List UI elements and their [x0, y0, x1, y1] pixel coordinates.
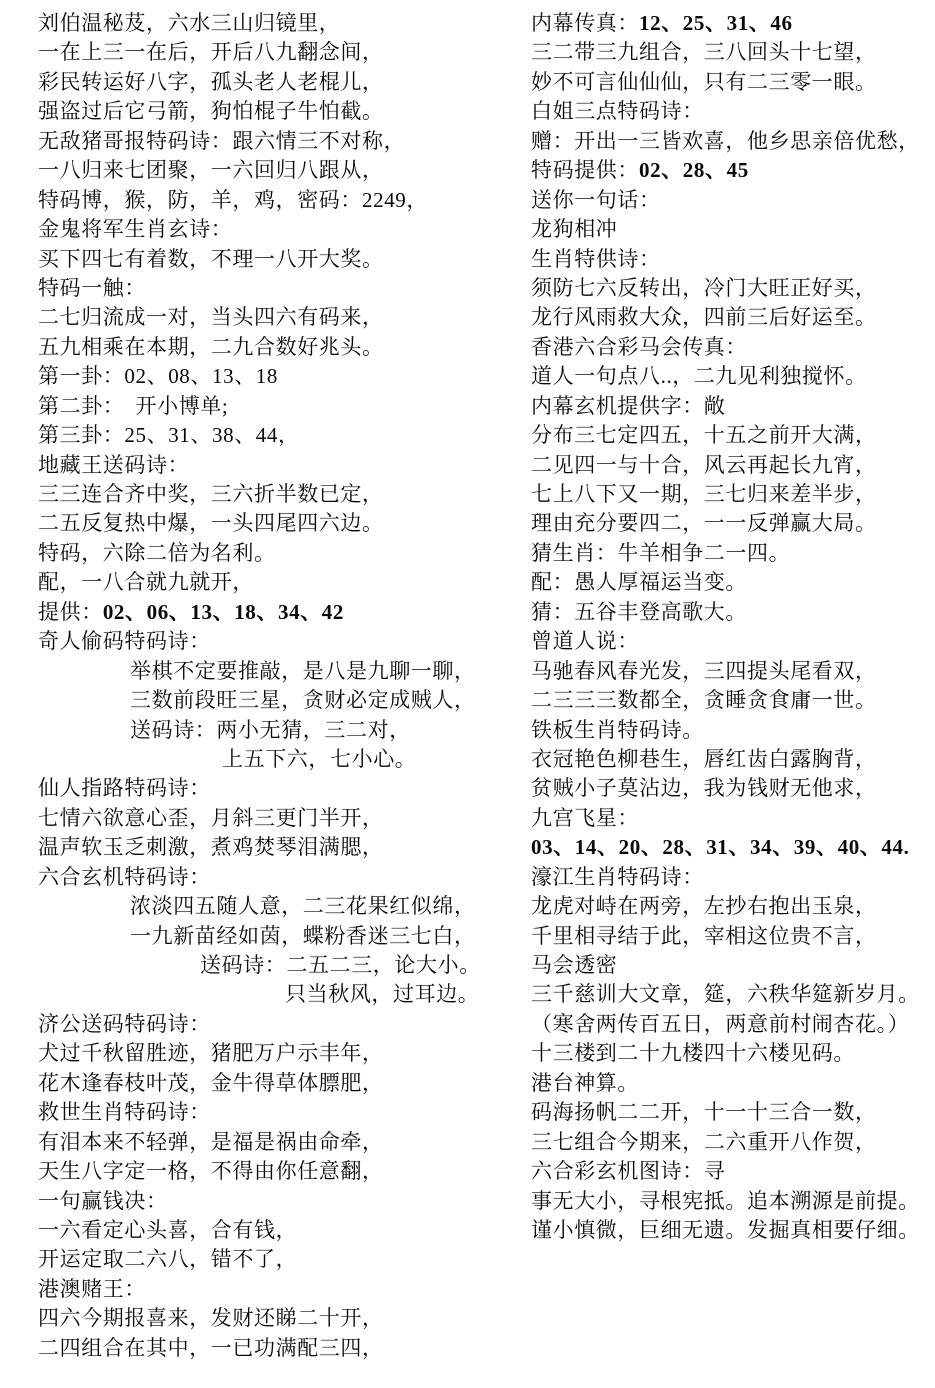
text-segment: 开运定取二六八，错不了，	[38, 1247, 297, 1271]
text-line: 三七组合今期来，二六重开八作贺，	[531, 1128, 931, 1157]
text-segment: 九宫飞星：	[531, 806, 639, 830]
text-line: 九宫飞星：	[531, 804, 931, 833]
text-line: 龙行风雨救大众，四前三后好运至。	[531, 303, 931, 332]
text-segment: 彩民转运好八字，孤头老人老棍儿，	[38, 70, 384, 94]
text-line: 道人一句点八..，二九见利独搅怀。	[531, 362, 931, 391]
text-segment: 分布三七定四五，十五之前开大满，	[531, 423, 877, 447]
text-segment: 送码诗：二五二三，论大小。	[200, 953, 481, 977]
text-line: 只当秋风，过耳边。	[38, 980, 513, 1009]
text-segment: 龙虎对峙在两旁，左抄右抱出玉泉，	[531, 894, 877, 918]
text-segment: 港澳赌王：	[38, 1277, 146, 1301]
text-line: 犬过千秋留胜迹，猪肥万户示丰年，	[38, 1039, 513, 1068]
text-segment: 刘伯温秘芨，六水三山归镜里，	[38, 11, 340, 35]
text-segment: 码海扬帆二二开，十一十三合一数，	[531, 1100, 877, 1124]
text-segment: 仙人指路特码诗：	[38, 776, 211, 800]
text-line: 铁板生肖特码诗。	[531, 716, 931, 745]
text-line: 理由充分要四二，一一反弹赢大局。	[531, 509, 931, 538]
text-line: 彩民转运好八字，孤头老人老棍儿，	[38, 68, 513, 97]
text-segment: 三数前段旺三星，贪财必定成贼人，	[130, 688, 476, 712]
text-segment: 三千慈训大文章，筵，六秩华筵新岁月。	[531, 982, 920, 1006]
text-line: 千里相寻结于此，宰相这位贵不言，	[531, 922, 931, 951]
text-segment: 十三楼到二十九楼四十六楼见码。	[531, 1041, 855, 1065]
text-segment: 七情六欲意心歪，月斜三更门半开，	[38, 806, 384, 830]
right-text-column: 内幕传真：12、25、31、46三二带三九组合，三八回头十七望，妙不可言仙仙仙，…	[531, 9, 931, 1245]
text-line: 一九新苗经如茵，蝶粉香迷三七白，	[38, 922, 513, 951]
text-line: （寒舍两传百五日，两意前村闹杏花。）	[531, 1010, 931, 1039]
text-segment: 千里相寻结于此，宰相这位贵不言，	[531, 924, 877, 948]
left-text-column: 刘伯温秘芨，六水三山归镜里，一在上三一在后，开后八九翻念间，彩民转运好八字，孤头…	[38, 9, 513, 1363]
bold-number-segment: 02、06、13、18、34、42	[103, 600, 344, 624]
text-line: 天生八字定一格，不得由你任意翻，	[38, 1157, 513, 1186]
text-segment: 特码博，猴，防，羊，鸡，密码：2249，	[38, 188, 428, 212]
text-line: 强盗过后它弓箭，狗怕棍子牛怕截。	[38, 97, 513, 126]
text-line: 赠：开出一三皆欢喜，他乡思亲倍优愁，	[531, 127, 931, 156]
text-line: 二四组合在其中，一已功满配三四，	[38, 1334, 513, 1363]
text-segment: 须防七六反转出，冷门大旺正好买，	[531, 276, 877, 300]
text-line: 内幕传真：12、25、31、46	[531, 9, 931, 38]
text-line: 浓淡四五随人意，二三花果红似绵，	[38, 892, 513, 921]
text-line: 特码提供：02、28、45	[531, 156, 931, 185]
text-line: 有泪本来不轻弹，是福是祸由命牵，	[38, 1128, 513, 1157]
text-segment: 铁板生肖特码诗。	[531, 718, 704, 742]
text-segment: 道人一句点八..，二九见利独搅怀。	[531, 364, 867, 388]
text-segment: 第一卦：02、08、13、18	[38, 364, 278, 388]
text-segment: 提供：	[38, 600, 103, 624]
text-segment: 犬过千秋留胜迹，猪肥万户示丰年，	[38, 1041, 384, 1065]
text-segment: 猜：五谷丰登高歌大。	[531, 600, 747, 624]
text-segment: 只当秋风，过耳边。	[285, 982, 479, 1006]
text-line: 配，一八合就九就开，	[38, 568, 513, 597]
text-line: 送码诗：两小无猜，三二对，	[38, 716, 513, 745]
text-segment: 二三三三数都全，贪睡贪食庸一世。	[531, 688, 877, 712]
text-segment: 天生八字定一格，不得由你任意翻，	[38, 1159, 384, 1183]
text-segment: 特码一触：	[38, 276, 146, 300]
text-segment: 第二卦： 开小博单;	[38, 394, 228, 418]
text-line: 内幕玄机提供字：敞	[531, 392, 931, 421]
text-segment: 事无大小，寻根宪抵。追本溯源是前提。	[531, 1189, 920, 1213]
text-line: 贫贼小子莫沾边，我为钱财无他求，	[531, 774, 931, 803]
text-line: 七情六欲意心歪，月斜三更门半开，	[38, 804, 513, 833]
text-segment: 二见四一与十合，风云再起长九宵，	[531, 453, 877, 477]
text-line: 十三楼到二十九楼四十六楼见码。	[531, 1039, 931, 1068]
text-segment: 港台神算。	[531, 1071, 639, 1095]
text-line: 无敌猪哥报特码诗：跟六情三不对称，	[38, 127, 513, 156]
text-line: 港台神算。	[531, 1069, 931, 1098]
text-segment: 濠江生肖特码诗：	[531, 865, 704, 889]
text-line: 妙不可言仙仙仙，只有二三零一眼。	[531, 68, 931, 97]
text-segment: 龙狗相冲	[531, 217, 617, 241]
text-segment: 龙行风雨救大众，四前三后好运至。	[531, 305, 877, 329]
text-line: 六合玄机特码诗：	[38, 863, 513, 892]
text-line: 03、14、20、28、31、34、39、40、44.	[531, 833, 931, 862]
text-line: 买下四七有着数，不理一八开大奖。	[38, 245, 513, 274]
text-segment: 白姐三点特码诗：	[531, 99, 704, 123]
text-segment: 妙不可言仙仙仙，只有二三零一眼。	[531, 70, 877, 94]
text-line: 救世生肖特码诗：	[38, 1098, 513, 1127]
text-line: 曾道人说：	[531, 627, 931, 656]
text-segment: 一在上三一在后，开后八九翻念间，	[38, 40, 384, 64]
text-segment: 无敌猪哥报特码诗：跟六情三不对称，	[38, 129, 405, 153]
text-segment: 六合彩玄机图诗：寻	[531, 1159, 725, 1183]
text-segment: 二五反复热中爆，一头四尾四六边。	[38, 511, 384, 535]
bold-number-segment: 02、28、45	[639, 158, 749, 182]
text-line: 三二带三九组合，三八回头十七望，	[531, 38, 931, 67]
text-line: 举棋不定要推敲，是八是九聊一聊，	[38, 657, 513, 686]
text-line: 提供：02、06、13、18、34、42	[38, 598, 513, 627]
text-line: 奇人偷码特码诗：	[38, 627, 513, 656]
text-segment: 第三卦：25、31、38、44，	[38, 423, 300, 447]
text-segment: 一六看定心头喜，合有钱，	[38, 1218, 297, 1242]
bold-number-segment: 03、14、20、28、31、34、39、40、44.	[531, 835, 909, 859]
text-line: 事无大小，寻根宪抵。追本溯源是前提。	[531, 1187, 931, 1216]
text-segment: 三七组合今期来，二六重开八作贺，	[531, 1130, 877, 1154]
text-segment: 二七归流成一对，当头四六有码来，	[38, 305, 384, 329]
text-line: 龙狗相冲	[531, 215, 931, 244]
text-segment: 济公送码特码诗：	[38, 1012, 211, 1036]
text-line: 三三连合齐中奖，三六折半数已定，	[38, 480, 513, 509]
text-segment: 三二带三九组合，三八回头十七望，	[531, 40, 877, 64]
text-segment: 上五下六，七小心。	[222, 747, 416, 771]
text-line: 须防七六反转出，冷门大旺正好买，	[531, 274, 931, 303]
text-line: 三数前段旺三星，贪财必定成贼人，	[38, 686, 513, 715]
text-segment: 奇人偷码特码诗：	[38, 629, 211, 653]
text-line: 地藏王送码诗：	[38, 451, 513, 480]
text-segment: 内幕玄机提供字：敞	[531, 394, 725, 418]
text-segment: 救世生肖特码诗：	[38, 1100, 211, 1124]
text-segment: 有泪本来不轻弹，是福是祸由命牵，	[38, 1130, 384, 1154]
text-segment: 谨小慎微，巨细无遗。发掘真相要仔细。	[531, 1218, 920, 1242]
text-line: 特码一触：	[38, 274, 513, 303]
text-segment: 特码提供：	[531, 158, 639, 182]
text-segment: 五九相乘在本期，二九合数好兆头。	[38, 335, 384, 359]
text-line: 马会透密	[531, 951, 931, 980]
text-segment: 强盗过后它弓箭，狗怕棍子牛怕截。	[38, 99, 384, 123]
text-line: 猜：五谷丰登高歌大。	[531, 598, 931, 627]
text-segment: 贫贼小子莫沾边，我为钱财无他求，	[531, 776, 877, 800]
text-line: 二七归流成一对，当头四六有码来，	[38, 303, 513, 332]
text-segment: 内幕传真：	[531, 11, 639, 35]
text-line: 生肖特供诗：	[531, 245, 931, 274]
text-segment: 一九新苗经如茵，蝶粉香迷三七白，	[130, 924, 476, 948]
text-line: 特码博，猴，防，羊，鸡，密码：2249，	[38, 186, 513, 215]
text-line: 一在上三一在后，开后八九翻念间，	[38, 38, 513, 67]
text-line: 白姐三点特码诗：	[531, 97, 931, 126]
text-segment: 配：愚人厚福运当变。	[531, 570, 747, 594]
text-line: 二见四一与十合，风云再起长九宵，	[531, 451, 931, 480]
text-segment: 浓淡四五随人意，二三花果红似绵，	[130, 894, 476, 918]
document-page: 刘伯温秘芨，六水三山归镜里，一在上三一在后，开后八九翻念间，彩民转运好八字，孤头…	[0, 0, 935, 1388]
text-line: 一句赢钱决：	[38, 1187, 513, 1216]
text-line: 一八归来七团聚，一六回归八跟从，	[38, 156, 513, 185]
text-line: 濠江生肖特码诗：	[531, 863, 931, 892]
text-segment: 花木逢春枝叶茂，金牛得草体膘肥，	[38, 1071, 384, 1095]
text-line: 配：愚人厚福运当变。	[531, 568, 931, 597]
text-segment: 赠：开出一三皆欢喜，他乡思亲倍优愁，	[531, 129, 920, 153]
text-line: 二五反复热中爆，一头四尾四六边。	[38, 509, 513, 538]
text-segment: 三三连合齐中奖，三六折半数已定，	[38, 482, 384, 506]
text-line: 三千慈训大文章，筵，六秩华筵新岁月。	[531, 980, 931, 1009]
text-line: 送码诗：二五二三，论大小。	[38, 951, 513, 980]
text-segment: 理由充分要四二，一一反弹赢大局。	[531, 511, 877, 535]
text-line: 七上八下又一期，三七归来差半步，	[531, 480, 931, 509]
text-line: 码海扬帆二二开，十一十三合一数，	[531, 1098, 931, 1127]
text-segment: 地藏王送码诗：	[38, 453, 189, 477]
text-line: 六合彩玄机图诗：寻	[531, 1157, 931, 1186]
text-segment: 买下四七有着数，不理一八开大奖。	[38, 247, 384, 271]
text-segment: 生肖特供诗：	[531, 247, 661, 271]
text-line: 分布三七定四五，十五之前开大满，	[531, 421, 931, 450]
text-segment: 七上八下又一期，三七归来差半步，	[531, 482, 877, 506]
text-segment: 二四组合在其中，一已功满配三四，	[38, 1336, 384, 1360]
text-line: 特码，六除二倍为名利。	[38, 539, 513, 568]
text-segment: 金鬼将军生肖玄诗：	[38, 217, 232, 241]
text-segment: 六合玄机特码诗：	[38, 865, 211, 889]
text-segment: 四六今期报喜来，发财还睇二十开，	[38, 1306, 384, 1330]
text-segment: 马会透密	[531, 953, 617, 977]
text-line: 济公送码特码诗：	[38, 1010, 513, 1039]
text-line: 花木逢春枝叶茂，金牛得草体膘肥，	[38, 1069, 513, 1098]
bold-number-segment: 12、25、31、46	[639, 11, 793, 35]
text-segment: 举棋不定要推敲，是八是九聊一聊，	[130, 659, 476, 683]
text-line: 一六看定心头喜，合有钱，	[38, 1216, 513, 1245]
text-line: 衣冠艳色柳巷生，唇红齿白露胸背，	[531, 745, 931, 774]
text-line: 上五下六，七小心。	[38, 745, 513, 774]
text-line: 五九相乘在本期，二九合数好兆头。	[38, 333, 513, 362]
text-line: 第二卦： 开小博单;	[38, 392, 513, 421]
text-segment: 一句赢钱决：	[38, 1189, 168, 1213]
text-line: 送你一句话：	[531, 186, 931, 215]
text-segment: 曾道人说：	[531, 629, 639, 653]
text-segment: 衣冠艳色柳巷生，唇红齿白露胸背，	[531, 747, 877, 771]
text-line: 第一卦：02、08、13、18	[38, 362, 513, 391]
text-segment: 特码，六除二倍为名利。	[38, 541, 276, 565]
text-segment: 香港六合彩马会传真：	[531, 335, 747, 359]
text-line: 第三卦：25、31、38、44，	[38, 421, 513, 450]
text-line: 开运定取二六八，错不了，	[38, 1245, 513, 1274]
text-segment: （寒舍两传百五日，两意前村闹杏花。）	[531, 1012, 909, 1036]
text-line: 仙人指路特码诗：	[38, 774, 513, 803]
text-segment: 一八归来七团聚，一六回归八跟从，	[38, 158, 384, 182]
text-line: 二三三三数都全，贪睡贪食庸一世。	[531, 686, 931, 715]
text-line: 港澳赌王：	[38, 1275, 513, 1304]
text-line: 金鬼将军生肖玄诗：	[38, 215, 513, 244]
text-segment: 配，一八合就九就开，	[38, 570, 254, 594]
text-segment: 猜生肖：牛羊相争二一四。	[531, 541, 790, 565]
text-line: 温声软玉乏刺激，煮鸡焚琴泪满腮，	[38, 833, 513, 862]
text-line: 四六今期报喜来，发财还睇二十开，	[38, 1304, 513, 1333]
text-line: 猜生肖：牛羊相争二一四。	[531, 539, 931, 568]
text-line: 马驰春风春光发，三四提头尾看双，	[531, 657, 931, 686]
text-line: 龙虎对峙在两旁，左抄右抱出玉泉，	[531, 892, 931, 921]
text-segment: 送你一句话：	[531, 188, 661, 212]
text-line: 谨小慎微，巨细无遗。发掘真相要仔细。	[531, 1216, 931, 1245]
text-line: 刘伯温秘芨，六水三山归镜里，	[38, 9, 513, 38]
text-segment: 温声软玉乏刺激，煮鸡焚琴泪满腮，	[38, 835, 384, 859]
text-segment: 马驰春风春光发，三四提头尾看双，	[531, 659, 877, 683]
text-segment: 送码诗：两小无猜，三二对，	[130, 718, 411, 742]
text-line: 香港六合彩马会传真：	[531, 333, 931, 362]
